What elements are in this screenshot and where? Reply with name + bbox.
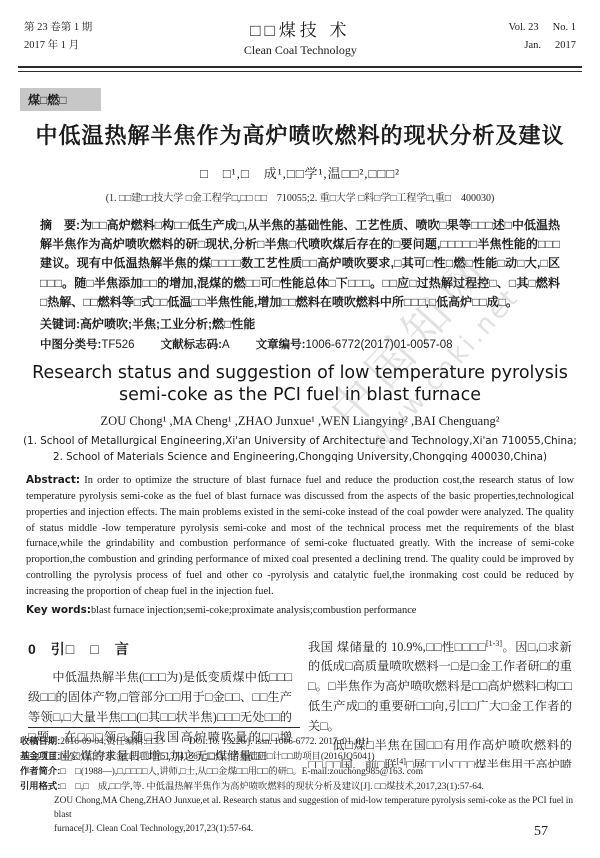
abstract-en-label: Abstract: — [26, 474, 80, 486]
abstract-en-text: In order to optimize the structure of bl… — [26, 475, 574, 597]
article-title-en: Research status and suggestion of low te… — [20, 362, 580, 408]
abstract-cn-label: 摘 要: — [40, 218, 80, 232]
date-cn: 2017 年 1 月 — [24, 37, 92, 55]
footnote-citation-en-line1: ZOU Chong,MA Cheng,ZHAO Junxue,et al. Re… — [20, 795, 584, 823]
journal-page: 中国知网 www.cnki.net 第 23 卷第 1 期 2017 年 1 月… — [0, 0, 600, 858]
abstract-en: Abstract: In order to optimize the struc… — [26, 473, 574, 600]
journal-title-block: □□煤技 术 Clean Coal Technology — [244, 16, 357, 58]
keywords-en: Key words:blast furnace injection;semi-c… — [26, 604, 574, 616]
authors-cn: □ □¹,□ 成¹,□□学¹,温□□²,□□□² — [0, 163, 600, 182]
section-0-number: 0 — [28, 641, 37, 657]
intro-paragraph-right-1: 我国 煤储量的 10.9%,□□性□□□□[1-3]。因□,□求新的低成□高质量… — [308, 638, 572, 737]
header-divider — [18, 66, 582, 72]
month-en: Jan. — [524, 37, 541, 55]
affiliation-en-line1: (1. School of Metallurgical Engineering,… — [0, 434, 600, 450]
page-number: 57 — [534, 824, 548, 840]
keywords-en-text: blast furnace injection;semi-coke;proxim… — [91, 605, 416, 616]
authors-en: ZOU Chong¹ ,MA Cheng¹ ,ZHAO Junxue¹ ,WEN… — [0, 414, 600, 429]
volume-en: Vol. 23 — [508, 19, 538, 37]
classification-row: 中图分类号:TF526 文献标志码:A 文章编号:1006-6772(2017)… — [40, 336, 560, 352]
footnote-citation-en-line2: furnace[J]. Clean Coal Technology,2017,2… — [20, 823, 584, 837]
header-volume-issue-cn: 第 23 卷第 1 期 2017 年 1 月 — [24, 19, 92, 55]
footnote-block: 收稿日期:2016-09-04;责任编辑:□□□DOI:10. 13226/j.… — [20, 735, 584, 837]
keywords-cn-text: 高炉喷吹;半焦;工业分析;燃□性能 — [80, 317, 255, 331]
journal-title-cn: □□煤技 术 — [244, 16, 357, 41]
title-en-line2: semi-coke as the PCI fuel in blast furna… — [20, 384, 580, 407]
affiliation-en: (1. School of Metallurgical Engineering,… — [0, 434, 600, 466]
issue-en: No. 1 — [553, 19, 576, 37]
category-badge: 煤□燃□ — [20, 88, 101, 111]
clc-number: 中图分类号:TF526 — [40, 336, 135, 352]
year-en: 2017 — [555, 37, 576, 55]
footnote-citation-cn: 引用格式:□ □,□ 成,□□学,等. 中低温热解半焦作为高炉喷吹燃料的现状分析… — [20, 780, 584, 795]
affiliation-cn: (1. □□建□□技大学 □金工程学□,□□ □□ 710055;2. 重□大学… — [0, 189, 600, 204]
section-0-heading: 0引□ □ 言 — [28, 638, 292, 661]
reference-1-3: [1-3] — [486, 639, 502, 648]
header-volume-issue-en: Vol. 23 No. 1 Jan. 2017 — [508, 19, 576, 55]
footnote-funding: 基金项目:国家 自□学基金□助项目(51374166);□□自□学基础研□计□□… — [20, 750, 584, 765]
affiliation-en-line2: 2. School of Materials Science and Engin… — [0, 450, 600, 466]
journal-header: 第 23 卷第 1 期 2017 年 1 月 □□煤技 术 Clean Coal… — [0, 0, 600, 64]
abstract-cn-text: 为□□高炉燃料□构□□低生产成□,从半焦的基础性能、工艺性质、喷吹□果等□□□述… — [40, 218, 560, 310]
doi: DOI:10. 13226/j. issn. 1006-6772. 2017. … — [189, 737, 370, 747]
keywords-cn-label: 关键词: — [40, 317, 80, 331]
footnote-author-bio: 作者简介:□ □(1988—),□,□□□□人,讲师,□士,从□□金煤□□用□□… — [20, 765, 584, 780]
footnote-received-date: 收稿日期:2016-09-04;责任编辑:□□□DOI:10. 13226/j.… — [20, 735, 584, 750]
volume-issue-cn: 第 23 卷第 1 期 — [24, 19, 92, 37]
section-0-title: 引□ □ 言 — [51, 641, 130, 657]
document-code: 文献标志码:A — [161, 336, 230, 352]
article-id: 文章编号:1006-6772(2017)01-0057-08 — [256, 336, 453, 352]
footnote-divider — [28, 727, 300, 728]
title-en-line1: Research status and suggestion of low te… — [20, 362, 580, 385]
keywords-cn: 关键词:高炉喷吹;半焦;工业分析;燃□性能 — [40, 315, 560, 332]
keywords-en-label: Key words: — [26, 604, 91, 616]
article-title-cn: 中低温热解半焦作为高炉喷吹燃料的现状分析及建议 — [10, 119, 590, 150]
journal-title-en: Clean Coal Technology — [244, 43, 357, 58]
abstract-cn: 摘 要:为□□高炉燃料□构□□低生产成□,从半焦的基础性能、工艺性质、喷吹□果等… — [40, 216, 560, 313]
